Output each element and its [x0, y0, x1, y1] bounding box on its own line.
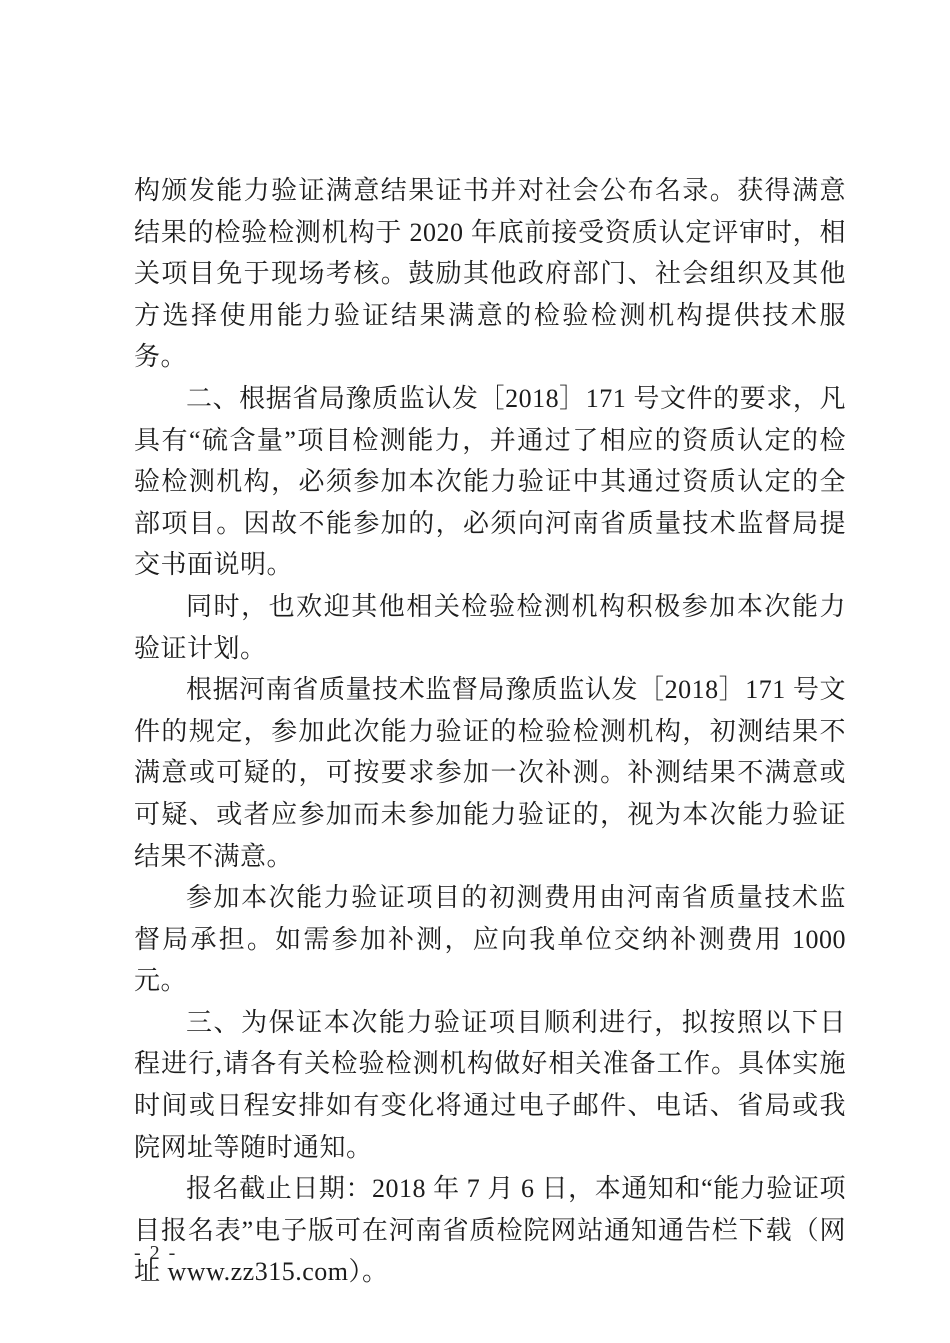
paragraph-continuation: 构颁发能力验证满意结果证书并对社会公布名录。获得满意结果的检验检测机构于 202…: [134, 170, 846, 378]
document-text-block: 构颁发能力验证满意结果证书并对社会公布名录。获得满意结果的检验检测机构于 202…: [134, 170, 846, 1293]
paragraph-section-two: 二、根据省局豫质监认发［2018］171 号文件的要求，凡具有“硫含量”项目检测…: [134, 378, 846, 586]
paragraph-section-three: 三、为保证本次能力验证项目顺利进行，拟按照以下日程进行,请各有关检验检测机构做好…: [134, 1002, 846, 1168]
paragraph-fees: 参加本次能力验证项目的初测费用由河南省质量技术监督局承担。如需参加补测，应向我单…: [134, 877, 846, 1002]
paragraph-retest-rules: 根据河南省质量技术监督局豫质监认发［2018］171 号文件的规定，参加此次能力…: [134, 669, 846, 877]
paragraph-welcome: 同时，也欢迎其他相关检验检测机构积极参加本次能力验证计划。: [134, 586, 846, 669]
document-page: 构颁发能力验证满意结果证书并对社会公布名录。获得满意结果的检验检测机构于 202…: [0, 0, 950, 1343]
page-number: - 2 -: [134, 1242, 177, 1265]
paragraph-deadline: 报名截止日期：2018 年 7 月 6 日，本通知和“能力验证项目报名表”电子版…: [134, 1168, 846, 1293]
